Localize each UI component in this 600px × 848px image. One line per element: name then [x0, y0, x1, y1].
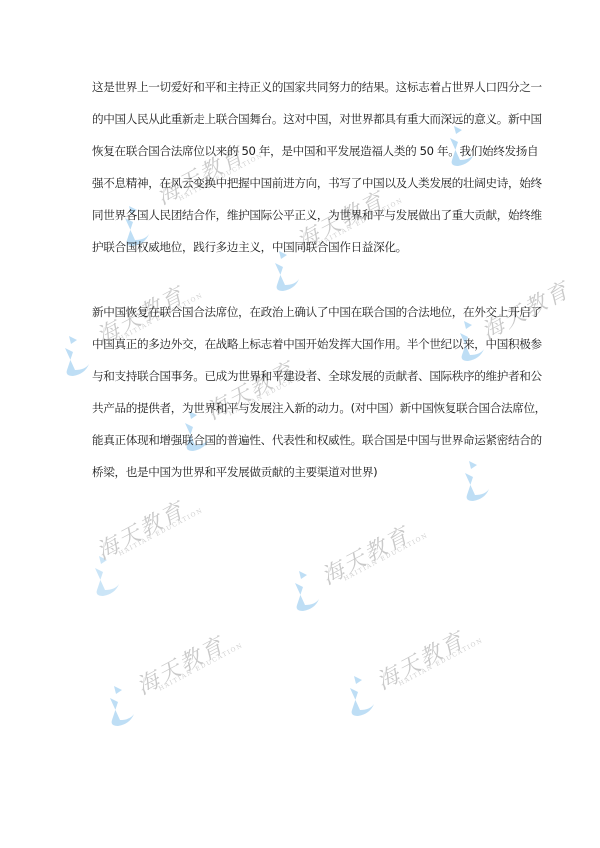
text-line: 同世界各国人民团结合作，维护国际公平正义，为世界和平与发展做出了重大贡献，始终维 [92, 207, 542, 223]
haitian-logo-icon [455, 455, 495, 505]
text-line: 新中国恢复在联合国合法席位，在政治上确认了中国在联合国的合法地位，在外交上开启了 [92, 304, 542, 320]
watermark-chinese: 海天教育 [93, 498, 190, 565]
text-line: 这是世界上一切爱好和平和主持正义的国家共同努力的结果。这标志着占世界人口四分之一 [92, 79, 542, 95]
text-line: 强不息精神，在风云变换中把握中国前进方向，书写了中国以及人类发展的壮阔史诗，始终 [92, 175, 542, 191]
text-line: 护联合国权威地位，践行多边主义，中国同联合国作日益深化。 [92, 239, 407, 255]
text-line: 的中国人民从此重新走上联合国舞台。这对中国，对世界都具有重大而深远的意义。新中国 [92, 111, 542, 127]
document-page: 海天教育 HAITIAN EDUCATION 海天教育 HAITIAN EDUC… [0, 0, 600, 848]
text-line: 桥梁，也是中国为世界和平发展做贡献的主要渠道对世界) [92, 464, 377, 480]
text-line: 中国真正的多边外交，在战略上标志着中国开始发挥大国作用。半个世纪以来，中国积极参 [92, 336, 542, 352]
watermark-chinese: 海天教育 [373, 628, 470, 695]
haitian-logo-icon [285, 565, 325, 615]
haitian-logo-icon [85, 550, 125, 600]
watermark-chinese: 海天教育 [133, 633, 230, 700]
watermark-english: HAITIAN EDUCATION [343, 532, 430, 583]
text-line: 能真正体现和增强联合国的普遍性、代表性和权威性。联合国是中国与世界命运紧密结合的 [92, 432, 542, 448]
haitian-logo-icon [55, 330, 95, 380]
watermark-chinese: 海天教育 [318, 523, 415, 590]
haitian-logo-icon [100, 680, 140, 730]
text-line: 恢复在联合国合法席位以来的 50 年，是中国和平发展造福人类的 50 年。我们始… [92, 143, 538, 159]
text-line: 共产品的提供者，为世界和平与发展注入新的动力。(对中国）新中国恢复联合国合法席位… [92, 400, 546, 416]
text-line: 与和支持联合国事务。已成为世界和平建设者、全球发展的贡献者、国际秩序的维护者和公 [92, 368, 542, 384]
haitian-logo-icon [340, 670, 380, 720]
watermark-english: HAITIAN EDUCATION [158, 642, 245, 693]
watermark-english: HAITIAN EDUCATION [118, 507, 205, 558]
watermark-english: HAITIAN EDUCATION [398, 637, 485, 688]
